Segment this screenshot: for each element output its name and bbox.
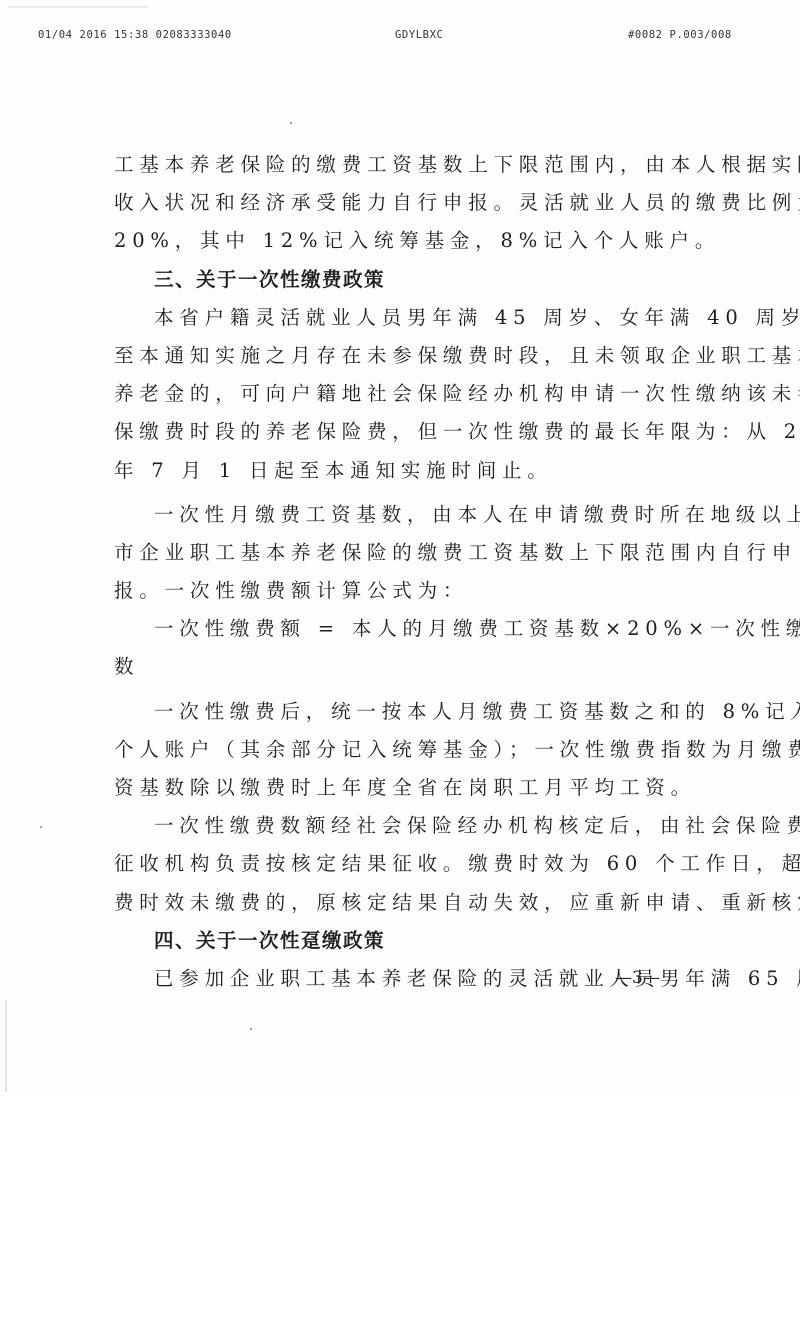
text-line: 年 7 月 1 日起至本通知实施时间止。: [114, 452, 684, 490]
page-number: —3—: [615, 968, 660, 988]
text-line: 收入状况和经济承受能力自行申报。灵活就业人员的缴费比例为: [114, 184, 684, 222]
text-line: 工基本养老保险的缴费工资基数上下限范围内，由本人根据实际: [114, 146, 684, 184]
text-line: 养老金的，可向户籍地社会保险经办机构申请一次性缴纳该未参: [114, 375, 684, 413]
section-heading-3: 三、关于一次性缴费政策: [114, 261, 684, 299]
section-heading-4: 四、关于一次性趸缴政策: [114, 922, 684, 960]
fax-page-info: #0082 P.003/008: [628, 29, 732, 41]
text-line: 费时效未缴费的，原核定结果自动失效，应重新申请、重新核定。: [114, 884, 684, 922]
scan-edge: [8, 6, 148, 8]
document-body: 工基本养老保险的缴费工资基数上下限范围内，由本人根据实际 收入状况和经济承受能力…: [114, 146, 684, 998]
scan-speck: [250, 1028, 252, 1030]
scan-speck: [40, 826, 42, 828]
fax-datetime-number: 01/04 2016 15:38 02083333040: [38, 29, 232, 41]
text-line: 数: [114, 648, 684, 686]
text-line: 报。一次性缴费额计算公式为：: [114, 572, 684, 610]
text-line: 已参加企业职工基本养老保险的灵活就业人员男年满 65 周: [114, 960, 684, 998]
text-line: 保缴费时段的养老保险费，但一次性缴费的最长年限为：从 2006: [114, 413, 684, 451]
text-line: 本省户籍灵活就业人员男年满 45 周岁、女年满 40 周岁之月: [114, 299, 684, 337]
text-line: 至本通知实施之月存在未参保缴费时段，且未领取企业职工基本: [114, 337, 684, 375]
text-line: 资基数除以缴费时上年度全省在岗职工月平均工资。: [114, 769, 684, 807]
scan-speck: [290, 122, 292, 124]
text-line: 20%，其中 12%记入统筹基金，8%记入个人账户。: [114, 222, 684, 260]
fax-header: 01/04 2016 15:38 02083333040 GDYLBXC #00…: [0, 29, 800, 45]
text-line: 一次性缴费数额经社会保险经办机构核定后，由社会保险费: [114, 807, 684, 845]
text-line: 一次性缴费后，统一按本人月缴费工资基数之和的 8%记入: [114, 693, 684, 731]
scan-edge: [5, 1000, 7, 1092]
text-line: 市企业职工基本养老保险的缴费工资基数上下限范围内自行申: [114, 534, 684, 572]
fax-sender-id: GDYLBXC: [395, 29, 443, 41]
formula-line: 一次性缴费额 = 本人的月缴费工资基数×20%×一次性缴费月: [114, 610, 684, 648]
text-line: 征收机构负责按核定结果征收。缴费时效为 60 个工作日，超过缴: [114, 845, 684, 883]
text-line: 一次性月缴费工资基数，由本人在申请缴费时所在地级以上: [114, 496, 684, 534]
text-line: 个人账户（其余部分记入统筹基金）；一次性缴费指数为月缴费工: [114, 731, 684, 769]
